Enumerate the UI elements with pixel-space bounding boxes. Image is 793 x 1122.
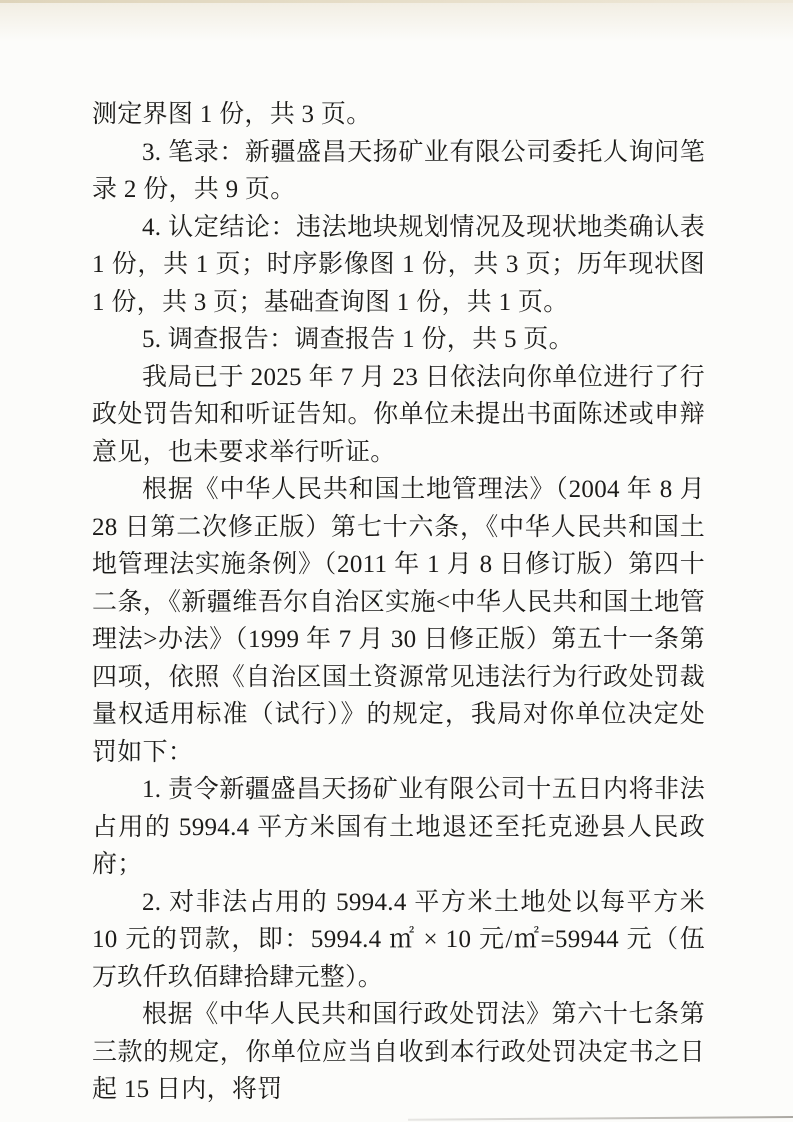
paragraph: 根据《中华人民共和国行政处罚法》第六十七条第三款的规定，你单位应当自收到本行政处…: [92, 996, 705, 1109]
paragraph: 2. 对非法占用的 5994.4 平方米土地处以每平方米 10 元的罚款，即：5…: [92, 884, 705, 997]
paragraph: 测定界图 1 份，共 3 页。: [92, 96, 705, 134]
paragraph: 5. 调查报告：调查报告 1 份，共 5 页。: [92, 321, 705, 359]
paragraph: 1. 责令新疆盛昌天扬矿业有限公司十五日内将非法占用的 5994.4 平方米国有…: [92, 771, 705, 884]
paragraph: 根据《中华人民共和国土地管理法》（2004 年 8 月 28 日第二次修正版）第…: [92, 471, 705, 771]
paragraph: 4. 认定结论：违法地块规划情况及现状地类确认表 1 份，共 1 页；时序影像图…: [92, 209, 705, 322]
paragraph: 3. 笔录：新疆盛昌天扬矿业有限公司委托人询问笔录 2 份，共 9 页。: [92, 134, 705, 209]
paragraph: 我局已于 2025 年 7 月 23 日依法向你单位进行了行政处罚告知和听证告知…: [92, 359, 705, 472]
scan-top-tint: [0, 0, 793, 42]
document-page: 测定界图 1 份，共 3 页。3. 笔录：新疆盛昌天扬矿业有限公司委托人询问笔录…: [0, 0, 793, 1122]
document-body: 测定界图 1 份，共 3 页。3. 笔录：新疆盛昌天扬矿业有限公司委托人询问笔录…: [92, 96, 705, 1109]
scan-top-edge: [0, 0, 793, 3]
scan-edge-shadow: [408, 1116, 793, 1121]
